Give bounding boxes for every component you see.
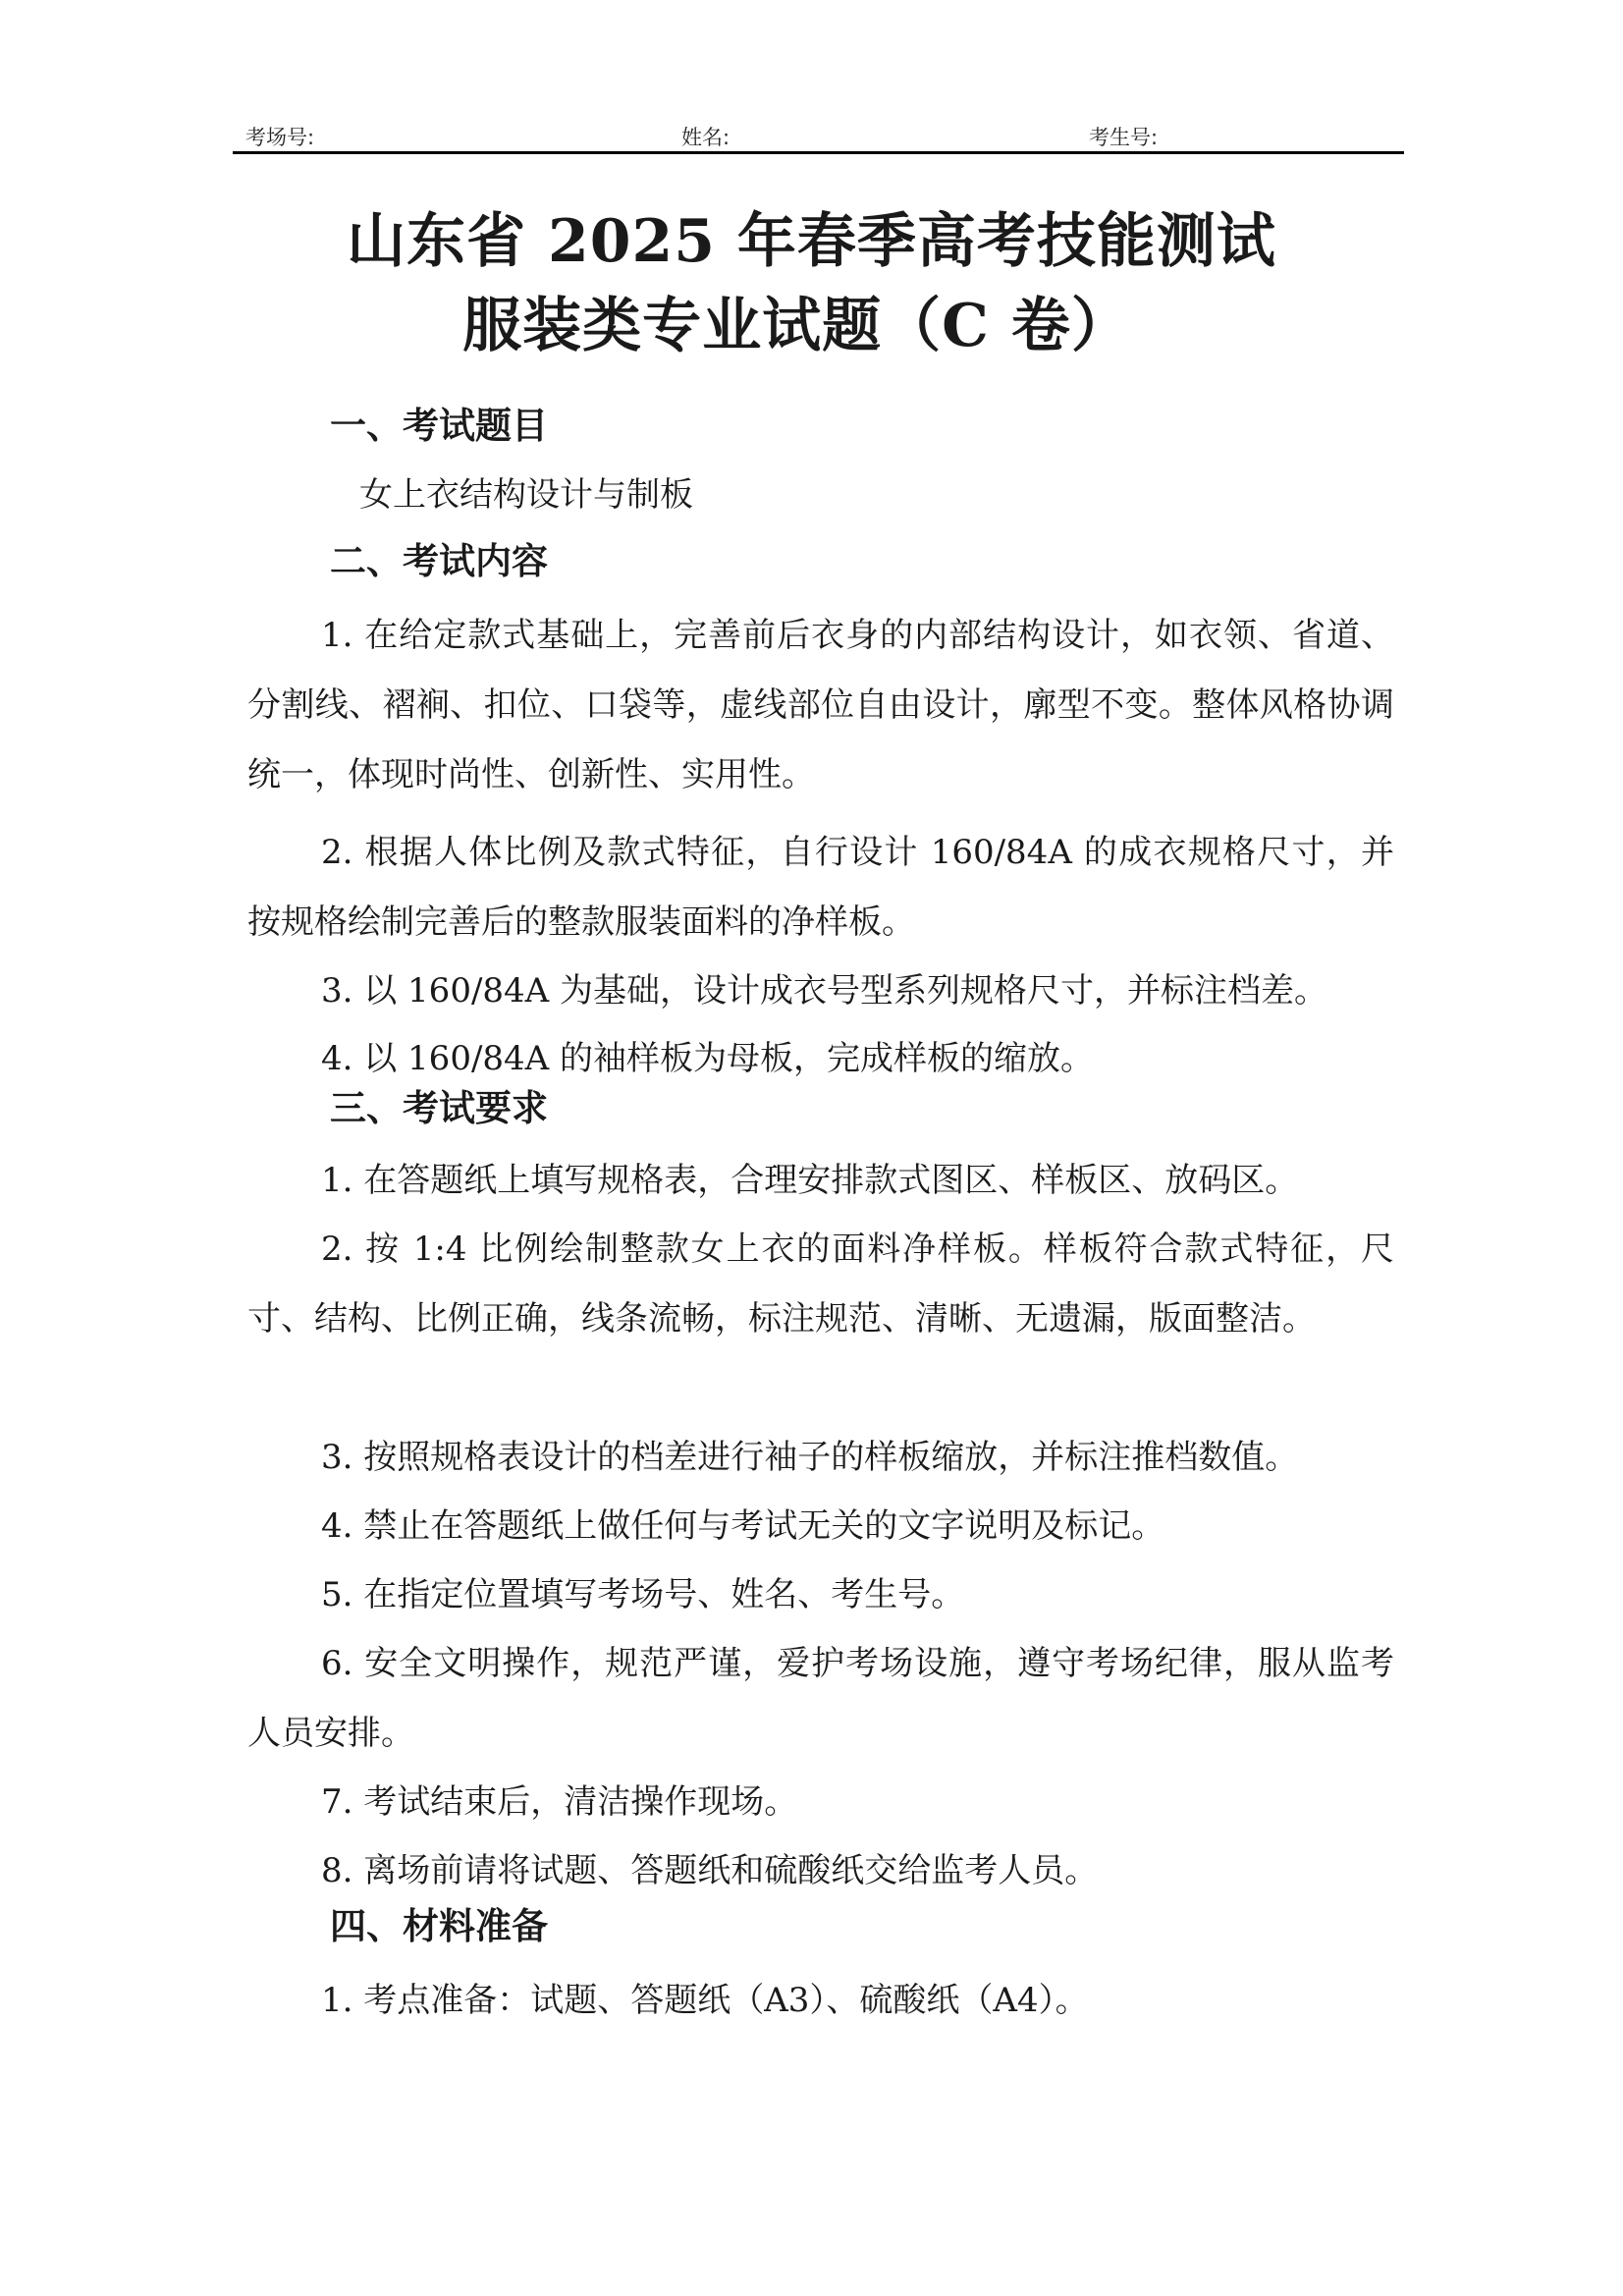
content-item-2-text: 2. 根据人体比例及款式特征，自行设计 160/84A 的成衣规格尺寸，并按规格… xyxy=(247,833,1394,942)
content-item-1-text: 1. 在给定款式基础上，完善前后衣身的内部结构设计，如衣领、省道、分割线、褶裥、… xyxy=(247,616,1394,794)
requirement-item-2: 2. 按 1:4 比例绘制整款女上衣的面料净样板。样板符合款式特征，尺寸、结构、… xyxy=(247,1215,1394,1354)
section-heading-4: 四、材料准备 xyxy=(330,1908,548,1944)
exam-room-label: 考场号: xyxy=(245,122,314,151)
content-item-2: 2. 根据人体比例及款式特征，自行设计 160/84A 的成衣规格尺寸，并按规格… xyxy=(247,818,1394,957)
requirement-item-1: 1. 在答题纸上填写规格表，合理安排款式图区、样板区、放码区。 xyxy=(247,1146,1394,1216)
requirement-item-5-text: 5. 在指定位置填写考场号、姓名、考生号。 xyxy=(321,1575,964,1614)
requirement-item-3: 3. 按照规格表设计的档差进行袖子的样板缩放，并标注推档数值。 xyxy=(247,1423,1394,1493)
materials-item-1: 1. 考点准备：试题、答题纸（A3）、硫酸纸（A4）。 xyxy=(247,1966,1394,2036)
name-label: 姓名: xyxy=(681,122,730,151)
exam-subject: 女上衣结构设计与制板 xyxy=(359,478,693,512)
materials-item-1-text: 1. 考点准备：试题、答题纸（A3）、硫酸纸（A4）。 xyxy=(321,1981,1089,2020)
requirement-item-7: 7. 考试结束后，清洁操作现场。 xyxy=(247,1768,1394,1837)
title-line-2: 服装类专业试题（C 卷） xyxy=(0,297,1608,355)
requirement-item-1-text: 1. 在答题纸上填写规格表，合理安排款式图区、样板区、放码区。 xyxy=(321,1161,1298,1200)
requirement-item-8-text: 8. 离场前请将试题、答题纸和硫酸纸交给监考人员。 xyxy=(321,1851,1098,1890)
title-line-1: 山东省 2025 年春季高考技能测试 xyxy=(0,212,1623,271)
content-item-3-text: 3. 以 160/84A 为基础，设计成衣号型系列规格尺寸，并标注档差。 xyxy=(321,971,1327,1011)
content-item-4-text: 4. 以 160/84A 的袖样板为母板，完成样板的缩放。 xyxy=(321,1039,1094,1078)
requirement-item-8: 8. 离场前请将试题、答题纸和硫酸纸交给监考人员。 xyxy=(247,1836,1394,1906)
requirement-item-6: 6. 安全文明操作，规范严谨，爱护考场设施，遵守考场纪律，服从监考人员安排。 xyxy=(247,1629,1394,1769)
requirement-item-2-text: 2. 按 1:4 比例绘制整款女上衣的面料净样板。样板符合款式特征，尺寸、结构、… xyxy=(247,1230,1394,1339)
header-divider xyxy=(233,151,1404,154)
page-header: 考场号: 姓名: 考生号: xyxy=(233,116,1401,155)
requirement-item-4-text: 4. 禁止在答题纸上做任何与考试无关的文字说明及标记。 xyxy=(321,1506,1164,1546)
requirement-item-5: 5. 在指定位置填写考场号、姓名、考生号。 xyxy=(247,1560,1394,1630)
requirement-item-7-text: 7. 考试结束后，清洁操作现场。 xyxy=(321,1782,797,1822)
section-heading-2: 二、考试内容 xyxy=(330,543,548,579)
requirement-item-3-text: 3. 按照规格表设计的档差进行袖子的样板缩放，并标注推档数值。 xyxy=(321,1438,1298,1477)
requirement-item-4: 4. 禁止在答题纸上做任何与考试无关的文字说明及标记。 xyxy=(247,1492,1394,1561)
content-item-4: 4. 以 160/84A 的袖样板为母板，完成样板的缩放。 xyxy=(247,1024,1394,1094)
requirement-item-6-text: 6. 安全文明操作，规范严谨，爱护考场设施，遵守考场纪律，服从监考人员安排。 xyxy=(247,1644,1394,1753)
section-heading-1: 一、考试题目 xyxy=(330,408,548,444)
section-heading-3: 三、考试要求 xyxy=(330,1090,548,1126)
content-item-3: 3. 以 160/84A 为基础，设计成衣号型系列规格尺寸，并标注档差。 xyxy=(247,957,1394,1026)
candidate-number-label: 考生号: xyxy=(1089,122,1158,151)
content-item-1: 1. 在给定款式基础上，完善前后衣身的内部结构设计，如衣领、省道、分割线、褶裥、… xyxy=(247,601,1394,810)
